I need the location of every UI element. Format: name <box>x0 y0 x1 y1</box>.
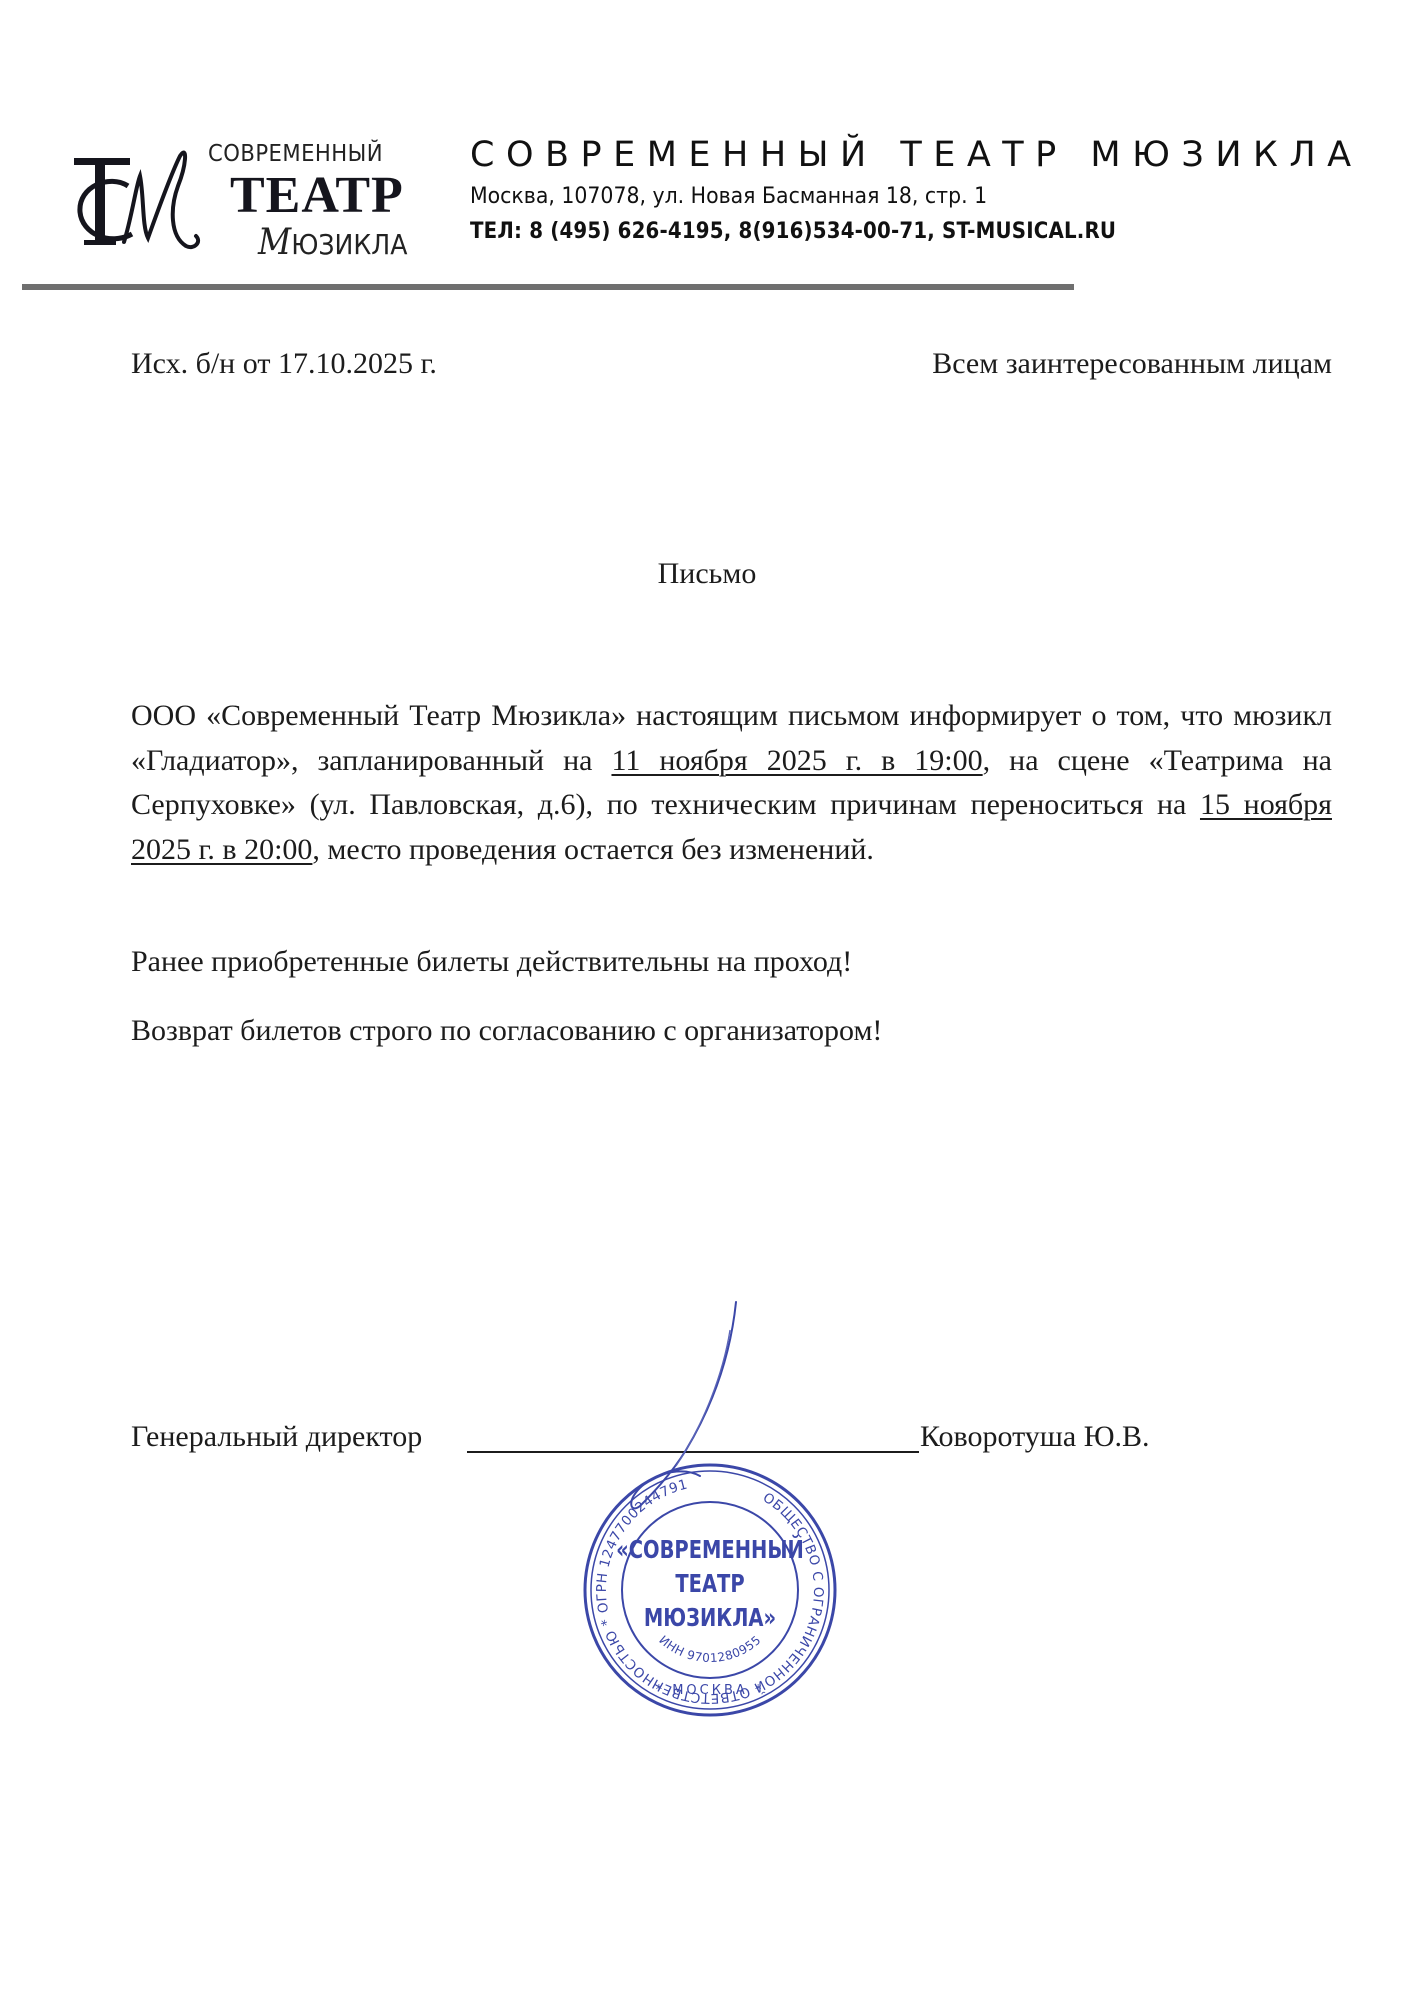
svg-text:ИНН 9701280955: ИНН 9701280955 <box>656 1633 763 1665</box>
refund-notice: Возврат билетов строго по согласованию с… <box>131 1014 882 1048</box>
seal-name-line3: МЮЗИКЛА» <box>644 1604 776 1633</box>
addressee: Всем заинтересованным лицам <box>932 347 1332 381</box>
round-seal-icon: ОБЩЕСТВО С ОГРАНИЧЕННОЙ ОТВЕТСТВЕННОСТЬЮ… <box>582 1462 838 1718</box>
main-paragraph: ООО «Современный Театр Мюзикла» настоящи… <box>131 694 1332 872</box>
signatory-role: Генеральный директор <box>131 1420 422 1454</box>
tickets-valid-notice: Ранее приобретенные билеты действительны… <box>131 945 852 979</box>
seal-name-line1: «СОВРЕМЕННЫЙ <box>616 1533 804 1564</box>
theatre-monogram-logo <box>70 146 210 258</box>
seal-city: * МОСКВА * <box>656 1683 765 1698</box>
letterhead-divider <box>22 284 1074 290</box>
letterhead-address: Москва, 107078, ул. Новая Басманная 18, … <box>470 184 987 209</box>
tm-monogram-icon <box>70 146 210 258</box>
logo-script-rest: ЮЗИКЛА <box>291 228 407 261</box>
logo-wordmark-line2: ТЕАТР <box>230 170 404 222</box>
logo-wordmark-line3: МЮЗИКЛА <box>258 222 407 263</box>
original-date: 11 ноября 2025 г. в 19:00 <box>611 744 982 777</box>
paragraph-part-3: , место проведения остается без изменени… <box>312 833 874 866</box>
company-seal: ОБЩЕСТВО С ОГРАНИЧЕННОЙ ОТВЕТСТВЕННОСТЬЮ… <box>582 1462 838 1718</box>
letterhead-title: СОВРЕМЕННЫЙ ТЕАТР МЮЗИКЛА <box>470 136 1363 175</box>
seal-inn: ИНН 9701280955 <box>656 1633 763 1665</box>
outgoing-reference: Исх. б/н от 17.10.2025 г. <box>131 347 437 381</box>
signatory-name: Коворотуша Ю.В. <box>920 1420 1150 1454</box>
seal-name-line2: ТЕАТР <box>675 1570 744 1599</box>
logo-script-initial: М <box>258 222 291 263</box>
logo-wordmark-line1: СОВРЕМЕННЫЙ <box>208 141 383 167</box>
document-title: Письмо <box>0 557 1414 591</box>
letterhead-contacts: ТЕЛ: 8 (495) 626-4195, 8(916)534-00-71, … <box>470 219 1116 244</box>
